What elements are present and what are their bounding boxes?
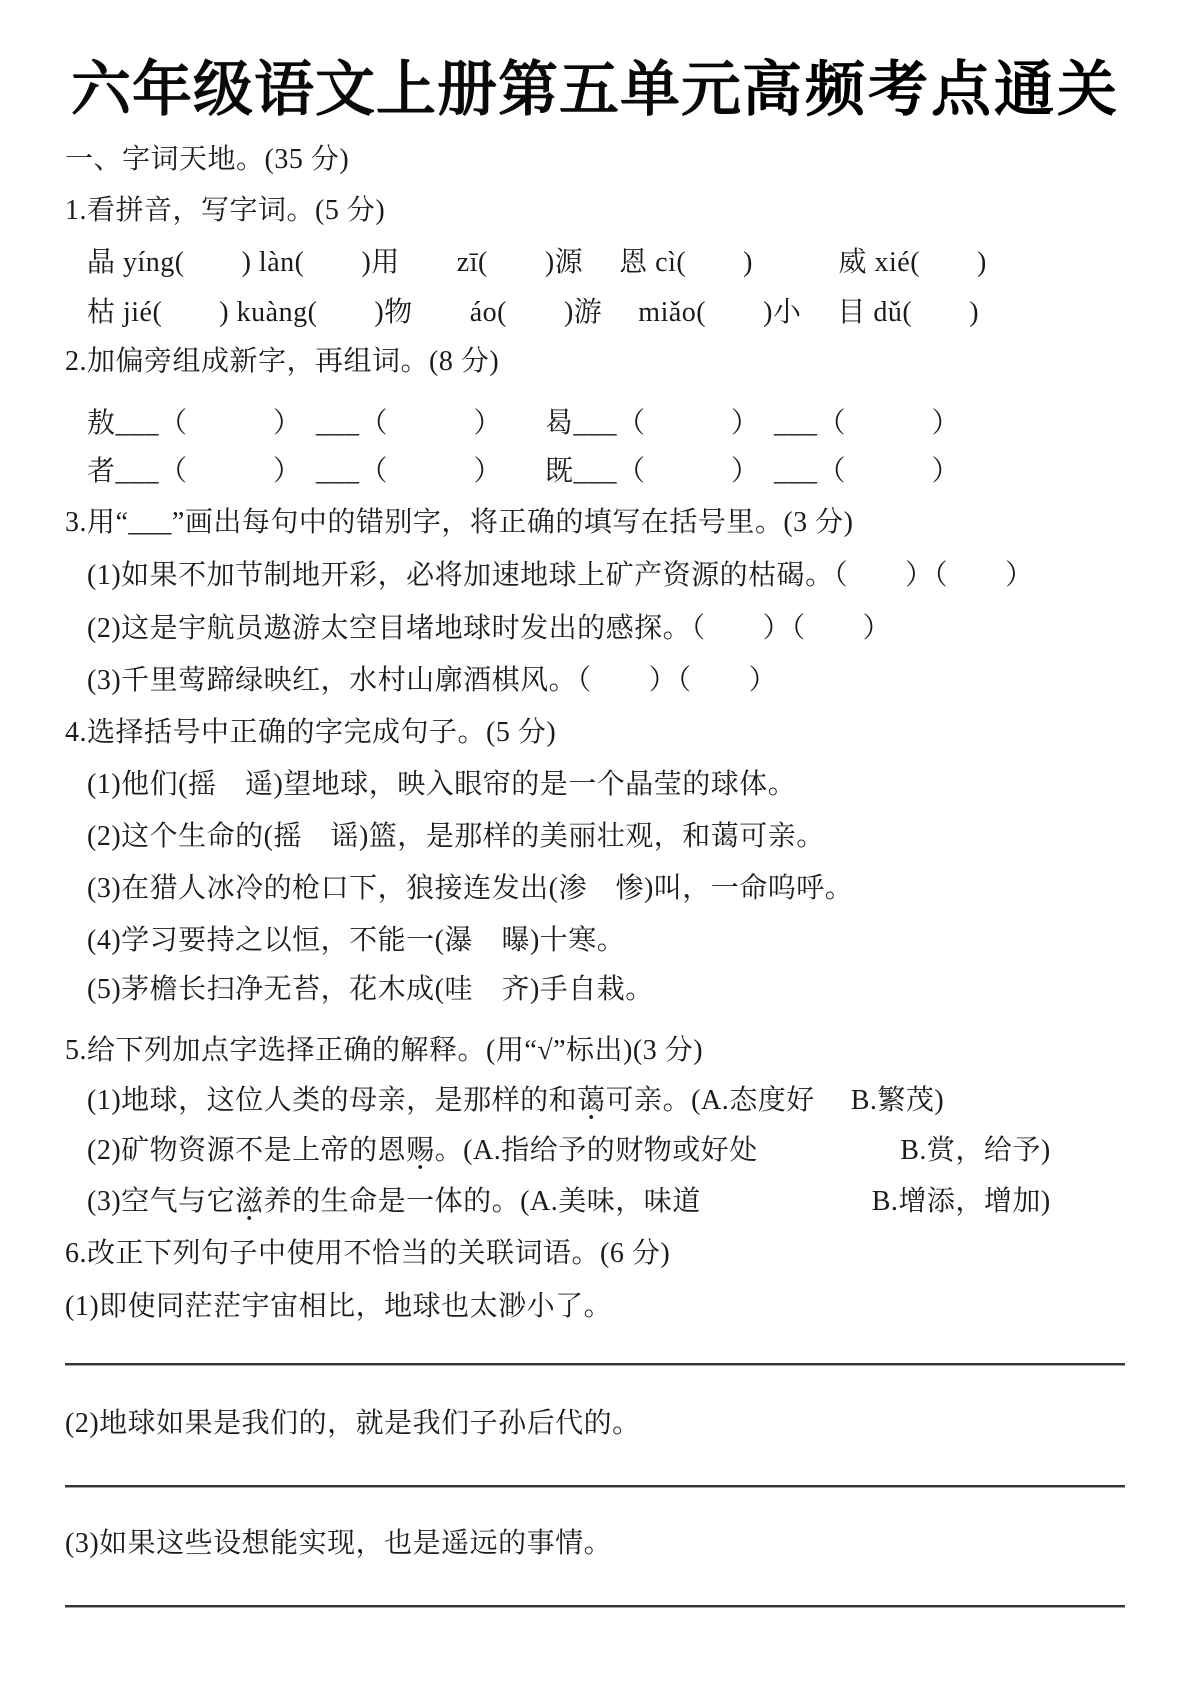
q4-item-4: (4)学习要持之以恒，不能一(瀑 曝)十寒。 <box>87 923 1131 958</box>
q2-row-1: 敖___（ ） ___（ ） 曷___（ ） ___（ ） <box>87 406 1131 441</box>
q3-item-1: (1)如果不加节制地开彩，必将加速地球上矿产资源的枯碣。（ ）（ ） <box>87 558 1131 593</box>
q5-item-3-dotted-char: 滋 <box>235 1186 264 1217</box>
page-title: 六年级语文上册第五单元高频考点通关 <box>0 42 1191 128</box>
q5-item-3-pre: (3)空气与它 <box>87 1186 235 1217</box>
q2-label: 2.加偏旁组成新字，再组词。(8 分) <box>65 344 1131 379</box>
q6-item-1: (1)即使同茫茫宇宙相比，地球也太渺小了。 <box>65 1289 1131 1324</box>
q4-item-5: (5)茅檐长扫净无苔，花木成(哇 齐)手自栽。 <box>87 972 1131 1007</box>
q4-item-1: (1)他们(摇 遥)望地球，映入眼帘的是一个晶莹的球体。 <box>87 767 1131 802</box>
page-title-part2: 高频考点通关 <box>742 55 1120 125</box>
worksheet-page: 六年级语文上册第五单元高频考点通关 一、字词天地。(35 分) 1.看拼音，写字… <box>0 0 1191 1684</box>
answer-blank-line-2 <box>65 1485 1125 1488</box>
q4-item-2: (2)这个生命的(摇 谣)篮，是那样的美丽壮观，和蔼可亲。 <box>87 819 1131 854</box>
answer-blank-line-3 <box>65 1605 1125 1608</box>
q5-item-2-post: 。(A.指给予的财物或好处 B.赏，给予) <box>435 1135 1051 1166</box>
q3-item-2: (2)这是宇航员遨游太空目堵地球时发出的感探。（ ）（ ） <box>87 611 1131 646</box>
page-title-part1: 六年级语文上册第五单元 <box>71 57 742 123</box>
q6-item-3: (3)如果这些设想能实现，也是遥远的事情。 <box>65 1526 1131 1561</box>
q3-item-3: (3)千里莺蹄绿映红，水村山廓酒棋风。（ ）（ ） <box>87 663 1131 698</box>
q5-item-2-dotted-char: 赐 <box>406 1135 435 1166</box>
q5-item-1-dotted-char: 蔼 <box>577 1085 606 1116</box>
q5-item-1-post: 可亲。(A.态度好 B.繁茂) <box>606 1085 945 1116</box>
q5-item-3-post: 养的生命是一体的。(A.美味，味道 B.增添，增加) <box>264 1186 1051 1217</box>
section-one-heading: 一、字词天地。(35 分) <box>65 142 1131 177</box>
q1-label: 1.看拼音，写字词。(5 分) <box>65 193 1131 228</box>
q6-label: 6.改正下列句子中使用不恰当的关联词语。(6 分) <box>65 1236 1131 1271</box>
q6-item-2: (2)地球如果是我们的，就是我们子孙后代的。 <box>65 1406 1131 1441</box>
q5-label: 5.给下列加点字选择正确的解释。(用“√”标出)(3 分) <box>65 1033 1131 1068</box>
q5-item-2: (2)矿物资源不是上帝的恩赐。(A.指给予的财物或好处 B.赏，给予) <box>87 1133 1131 1168</box>
q4-item-3: (3)在猎人冰冷的枪口下，狼接连发出(渗 惨)叫，一命呜呼。 <box>87 871 1131 906</box>
q1-pinyin-row-2: 枯 jié( ) kuàng( )物 áo( )游 miǎo( )小 目 dǔ(… <box>87 295 1131 330</box>
q5-item-3: (3)空气与它滋养的生命是一体的。(A.美味，味道 B.增添，增加) <box>87 1184 1131 1219</box>
q4-label: 4.选择括号中正确的字完成句子。(5 分) <box>65 715 1131 750</box>
q5-item-1-pre: (1)地球，这位人类的母亲，是那样的和 <box>87 1085 577 1116</box>
q5-item-1: (1)地球，这位人类的母亲，是那样的和蔼可亲。(A.态度好 B.繁茂) <box>87 1083 1131 1118</box>
q5-item-2-pre: (2)矿物资源不是上帝的恩 <box>87 1135 406 1166</box>
answer-blank-line-1 <box>65 1363 1125 1366</box>
q1-pinyin-row-1: 晶 yíng( ) làn( )用 zī( )源 恩 cì( ) 威 xié( … <box>87 245 1131 280</box>
q2-row-2: 者___（ ） ___（ ） 既___（ ） ___（ ） <box>87 454 1131 489</box>
q3-label: 3.用“___”画出每句中的错别字，将正确的填写在括号里。(3 分) <box>65 505 1131 540</box>
